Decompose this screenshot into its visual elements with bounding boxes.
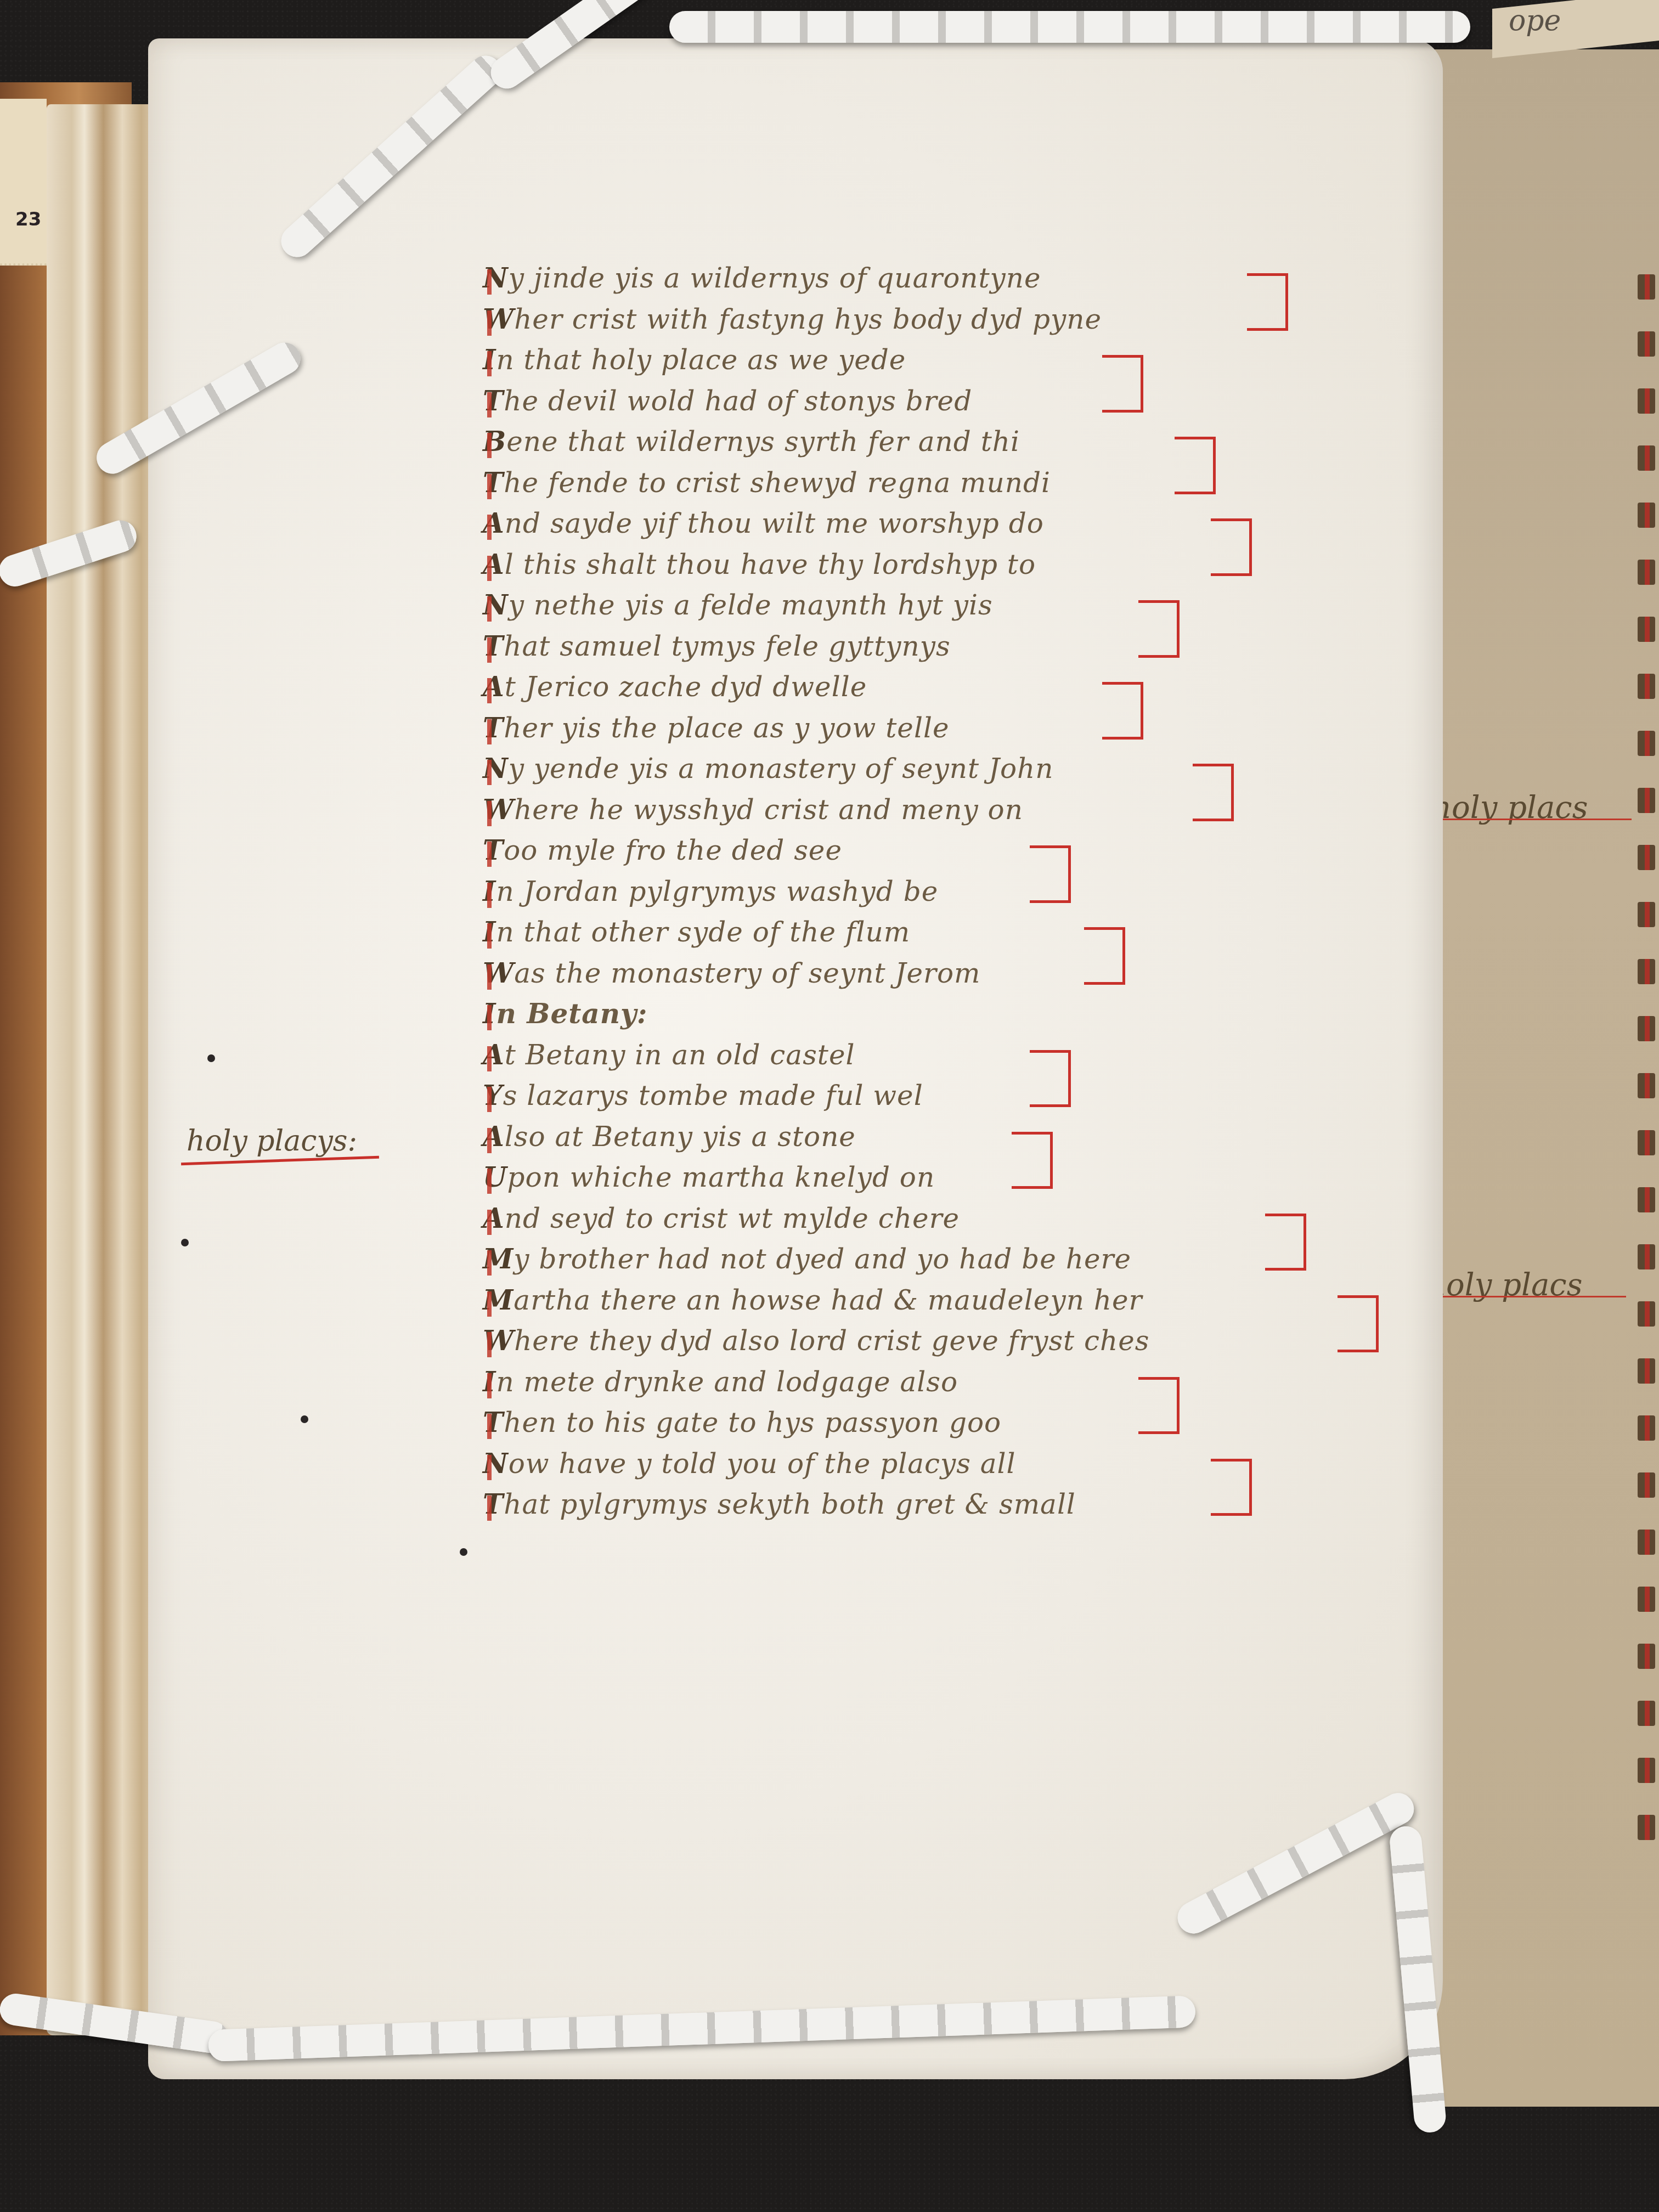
verse-line-text: ow have y told you of the placys all — [509, 1448, 1016, 1480]
verse-line-text: y jinde yis a wildernys of quarontyne — [509, 262, 1041, 294]
rubric-bracket — [1265, 1214, 1306, 1271]
rubricated-initial: T — [483, 1406, 504, 1438]
rubric-bracket — [1084, 927, 1125, 985]
verse-line: In that holy place as we yede — [483, 340, 1415, 381]
verse-line: Upon whiche martha knelyd on — [483, 1157, 1415, 1198]
verse-line: The devil wold had of stonys bred — [483, 381, 1415, 422]
rubricated-initial: W — [483, 303, 514, 335]
rubricated-initial: W — [483, 957, 514, 989]
rubricated-initial: T — [483, 466, 504, 499]
verse-line-text: as the monastery of seynt Jerom — [514, 957, 980, 989]
verse-line: Too myle fro the ded see — [483, 830, 1415, 871]
rubric-bracket — [1193, 764, 1234, 821]
verse-line: Also at Betany yis a stone — [483, 1116, 1415, 1158]
right-tab-label: ope — [1509, 4, 1561, 37]
rubricated-initial: T — [483, 1488, 504, 1520]
prick-mark — [181, 1239, 189, 1246]
rubricated-initial: N — [483, 262, 509, 294]
rubricated-initial: T — [483, 834, 504, 866]
verse-line-text: here he wysshyd crist and meny on — [514, 794, 1023, 826]
rubric-bracket — [1175, 437, 1216, 494]
rubric-bracket — [1138, 600, 1180, 658]
verse-line-text: y nethe yis a felde maynth hyt yis — [509, 589, 993, 621]
verse-line-text: artha there an howse had & maudeleyn her — [513, 1284, 1142, 1316]
verse-line-text: her crist with fastyng hys body dyd pyne — [514, 303, 1102, 335]
right-margin-note-1: holy placs — [1432, 790, 1588, 826]
verse-line-text: pon whiche martha knelyd on — [507, 1161, 935, 1193]
verse-line: Ys lazarys tombe made ful wel — [483, 1075, 1415, 1116]
rubricated-initial: N — [483, 752, 509, 785]
rubricated-initial: A — [483, 548, 505, 580]
margin-note-holy-places: holy placys: — [187, 1125, 357, 1158]
verse-line: Then to his gate to hys passyon goo — [483, 1402, 1415, 1443]
rubric-bracket — [1247, 273, 1288, 331]
verse-line-text: n Jordan pylgrymys washyd be — [496, 876, 938, 907]
right-margin-note-2: holy placs — [1426, 1267, 1582, 1303]
verse-line-text: n that holy place as we yede — [496, 344, 906, 376]
rubricated-initial: A — [483, 670, 505, 703]
rubric-bracket — [1102, 682, 1143, 740]
rubricated-initial: W — [483, 793, 514, 826]
rubricated-initial: W — [483, 1324, 514, 1357]
rubricated-initial: A — [483, 1039, 505, 1071]
verse-line: Ny yende yis a monastery of seynt John — [483, 748, 1415, 789]
prick-mark — [460, 1548, 467, 1556]
rubric-bracket — [1211, 1459, 1252, 1516]
verse-line-text: n Betany: — [496, 997, 647, 1030]
rubricated-initial: I — [483, 916, 496, 948]
rubricated-initial: N — [483, 1447, 509, 1480]
verse-line-text: hat samuel tymys fele gyttynys — [504, 630, 950, 662]
rubricated-initial: I — [483, 997, 496, 1030]
verse-line: And sayde yif thou wilt me worshyp do — [483, 503, 1415, 544]
verse-line: Bene that wildernys syrth fer and thi — [483, 421, 1415, 462]
rubric-bracket — [1012, 1132, 1053, 1189]
rubricated-initial: T — [483, 630, 504, 662]
verse-line: Al this shalt thou have thy lordshyp to — [483, 544, 1415, 585]
rubric-bracket — [1030, 1050, 1071, 1108]
rubric-bracket — [1030, 845, 1071, 903]
verse-line: In Jordan pylgrymys washyd be — [483, 871, 1415, 912]
verse-line: That samuel tymys fele gyttynys — [483, 626, 1415, 667]
verse-line-text: hat pylgrymys sekyth both gret & small — [504, 1488, 1076, 1520]
verse-line: Was the monastery of seynt Jerom — [483, 953, 1415, 994]
verse-line: That pylgrymys sekyth both gret & small — [483, 1484, 1415, 1525]
verse-line-text: n mete drynke and lodgage also — [496, 1366, 958, 1398]
verse-line: Where they dyd also lord crist geve frys… — [483, 1321, 1415, 1362]
rubricated-initial: B — [483, 425, 506, 458]
verse-line: Now have y told you of the placys all — [483, 1443, 1415, 1485]
verse-line: Martha there an howse had & maudeleyn he… — [483, 1280, 1415, 1321]
rubricated-initial: Y — [483, 1079, 503, 1111]
page-number: 23 — [15, 208, 41, 230]
rubricated-initial: I — [483, 1365, 496, 1398]
verse-line-text: her yis the place as y yow telle — [504, 712, 949, 744]
rubricated-initial: N — [483, 589, 509, 621]
verse-line: The fende to crist shewyd regna mundi — [483, 462, 1415, 504]
verse-line: In mete drynke and lodgage also — [483, 1362, 1415, 1403]
verse-line-text: y brother had not dyed and yo had be her… — [513, 1243, 1131, 1275]
verse-line-text: s lazarys tombe made ful wel — [503, 1080, 923, 1111]
verse-line-text: ene that wildernys syrth fer and thi — [506, 426, 1020, 458]
verse-line-text: lso at Betany yis a stone — [505, 1121, 856, 1153]
right-facing-page — [1426, 49, 1659, 2107]
rubricated-initial: T — [483, 712, 504, 744]
rubric-bracket — [1102, 355, 1143, 413]
page-number-tab — [0, 99, 47, 266]
rubric-bracket — [1138, 1377, 1180, 1435]
verse-line-text: hen to his gate to hys passyon goo — [504, 1407, 1001, 1438]
verse-line-text: l this shalt thou have thy lordshyp to — [505, 549, 1036, 580]
rubricated-initial: A — [483, 1120, 505, 1153]
rubricated-initial: A — [483, 507, 505, 539]
rubricated-initial: I — [483, 343, 496, 376]
verse-line-text: he fende to crist shewyd regna mundi — [504, 467, 1051, 499]
verse-text-block: Ny jinde yis a wildernys of quarontyneWh… — [483, 258, 1415, 1525]
verse-line-text: t Betany in an old castel — [505, 1039, 855, 1071]
prick-mark — [207, 1054, 215, 1062]
rubricated-initial: M — [483, 1243, 513, 1275]
verse-line-text: oo myle fro the ded see — [504, 834, 842, 866]
verse-line: In that other syde of the flum — [483, 912, 1415, 953]
rubric-bracket — [1211, 518, 1252, 576]
verse-line-text: he devil wold had of stonys bred — [504, 385, 972, 417]
rubricated-initial: A — [483, 1202, 505, 1234]
verse-line: Where he wysshyd crist and meny on — [483, 789, 1415, 831]
rubricated-initial: M — [483, 1284, 513, 1316]
rubricated-initial: I — [483, 875, 496, 907]
rubricated-initial: T — [483, 385, 504, 417]
verse-line-text: t Jerico zache dyd dwelle — [505, 671, 867, 703]
verse-line-text: nd seyd to crist wt mylde chere — [505, 1203, 960, 1234]
verse-line: At Jerico zache dyd dwelle — [483, 667, 1415, 708]
right-page-rubricated-initials — [1638, 274, 1659, 1840]
verse-line: At Betany in an old castel — [483, 1035, 1415, 1076]
verse-line: Ther yis the place as y yow telle — [483, 708, 1415, 749]
verse-line: In Betany: — [483, 994, 1415, 1035]
rubricated-initial: U — [483, 1161, 507, 1193]
rubric-bracket — [1338, 1295, 1379, 1353]
verse-line-text: y yende yis a monastery of seynt John — [509, 753, 1054, 785]
verse-line-text: nd sayde yif thou wilt me worshyp do — [505, 507, 1044, 539]
verse-line: Ny nethe yis a felde maynth hyt yis — [483, 585, 1415, 626]
cord-segment — [669, 11, 1470, 43]
prick-mark — [301, 1415, 308, 1423]
verse-line-text: here they dyd also lord crist geve fryst… — [514, 1325, 1149, 1357]
verse-line-text: n that other syde of the flum — [496, 916, 910, 948]
